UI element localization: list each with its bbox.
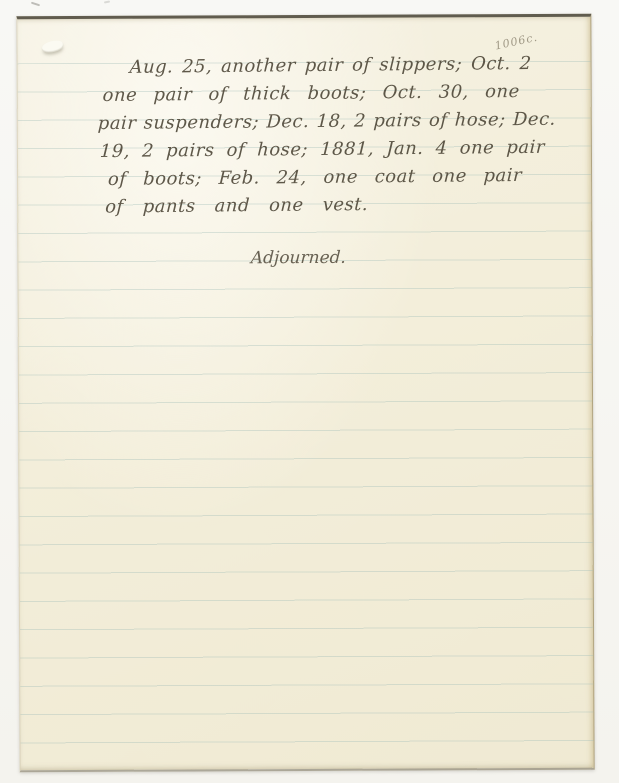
stray-pencil-mark bbox=[104, 0, 110, 3]
handwritten-line: pair suspenders; Dec. 18, 2 pairs of hos… bbox=[97, 106, 556, 138]
handwritten-line: 19, 2 pairs of hose; 1881, Jan. 4 one pa… bbox=[99, 134, 545, 166]
handwritten-line: of boots; Feb. 24, one coat one pair bbox=[107, 162, 522, 194]
handwritten-line: of pants and one vest. bbox=[105, 191, 369, 222]
handwritten-line: one pair of thick boots; Oct. 30, one bbox=[102, 78, 520, 110]
paper-damage-spot bbox=[41, 40, 64, 54]
scan-background: 1006c. Aug. 25, another pair of slippers… bbox=[0, 0, 619, 783]
stray-pencil-mark bbox=[31, 2, 40, 7]
adjournment-text: Adjourned. bbox=[233, 248, 364, 269]
document-page: 1006c. Aug. 25, another pair of slippers… bbox=[16, 14, 594, 773]
handwritten-line: Aug. 25, another pair of slippers; Oct. … bbox=[129, 50, 532, 82]
